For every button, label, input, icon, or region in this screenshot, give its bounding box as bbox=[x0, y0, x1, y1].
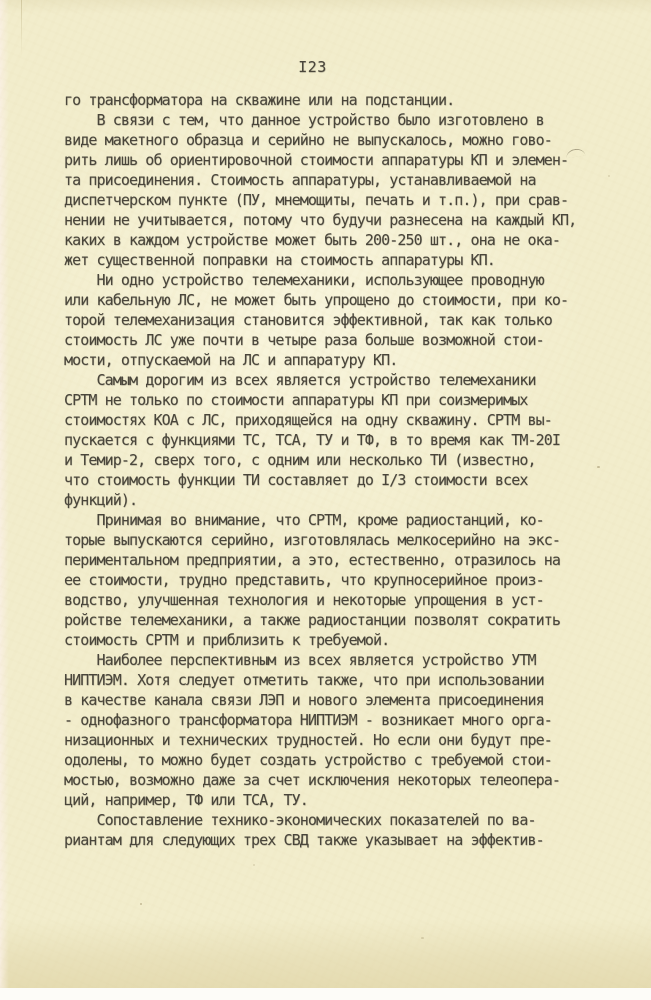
text-line: торой телемеханизация становится эффекти… bbox=[64, 310, 604, 330]
text-line: риантам для следующих трех СВД также ука… bbox=[64, 830, 604, 850]
scanned-page: I23 го трансформатора на скважине или на… bbox=[0, 0, 651, 988]
text-line: жет существенной поправки на стоимость а… bbox=[64, 250, 604, 270]
text-line: Принимая во внимание, что СРТМ, кроме ра… bbox=[64, 510, 604, 530]
scan-backdrop: I23 го трансформатора на скважине или на… bbox=[0, 0, 651, 1000]
text-line: Сопоставление технико-экономических пока… bbox=[64, 810, 604, 830]
text-line: периментальном предприятии, а это, естес… bbox=[64, 550, 604, 570]
text-line: в качестве канала связи ЛЭП и нового эле… bbox=[64, 690, 604, 710]
text-line: го трансформатора на скважине или на под… bbox=[64, 90, 604, 110]
text-line: или кабельную ЛС, не может быть упрощено… bbox=[64, 290, 604, 310]
text-line: Самым дорогим из всех является устройств… bbox=[64, 370, 604, 390]
paper-speck bbox=[421, 937, 424, 939]
text-line: каких в каждом устройстве может быть 200… bbox=[64, 230, 604, 250]
text-line: рить лишь об ориентировочной стоимости а… bbox=[64, 150, 604, 170]
text-line: Наиболее перспективным из всех является … bbox=[64, 650, 604, 670]
text-line: и Темир-2, сверх того, с одним или неско… bbox=[64, 450, 604, 470]
page-number: I23 bbox=[0, 58, 625, 76]
typewritten-text-block: го трансформатора на скважине или на под… bbox=[64, 90, 604, 850]
text-line: виде макетного образца и серийно не выпу… bbox=[64, 130, 604, 150]
text-line: водство, улучшенная технология и некотор… bbox=[64, 590, 604, 610]
text-line: диспетчерском пункте (ПУ, мнемощиты, печ… bbox=[64, 190, 604, 210]
text-line: нении не учитывается, потому что будучи … bbox=[64, 210, 604, 230]
text-line: что стоимость функции ТИ составляет до I… bbox=[64, 470, 604, 490]
text-line: НИПТИЭМ. Хотя следует отметить также, чт… bbox=[64, 670, 604, 690]
text-line: одолены, то можно будет создать устройст… bbox=[64, 750, 604, 770]
text-line: ций, например, ТФ или ТСА, ТУ. bbox=[64, 790, 604, 810]
text-line: та присоединения. Стоимость аппаратуры, … bbox=[64, 170, 604, 190]
text-line: пускается с функциями ТС, ТСА, ТУ и ТФ, … bbox=[64, 430, 604, 450]
text-line: мости, отпускаемой на ЛС и аппаратуру КП… bbox=[64, 350, 604, 370]
text-line: ее стоимости, трудно представить, что кр… bbox=[64, 570, 604, 590]
text-line: торые выпускаются серийно, изготовлялась… bbox=[64, 530, 604, 550]
paper-crease bbox=[21, 0, 22, 56]
text-line: стоимостях КОА с ЛС, приходящейся на одн… bbox=[64, 410, 604, 430]
text-line: стоимость СРТМ и приблизить к требуемой. bbox=[64, 630, 604, 650]
text-line: - однофазного трансформатора НИПТИЭМ - в… bbox=[64, 710, 604, 730]
text-line: низационных и технических трудностей. Но… bbox=[64, 730, 604, 750]
text-line: СРТМ не только по стоимости аппаратуры К… bbox=[64, 390, 604, 410]
paper-speck bbox=[608, 175, 610, 177]
text-line: Ни одно устройство телемеханики, использ… bbox=[64, 270, 604, 290]
text-line: ройстве телемеханики, а также радиостанц… bbox=[64, 610, 604, 630]
text-line: В связи с тем, что данное устройство был… bbox=[64, 110, 604, 130]
text-line: стоимость ЛС уже почти в четыре раза бол… bbox=[64, 330, 604, 350]
paper-speck bbox=[140, 903, 142, 905]
text-line: функций). bbox=[64, 490, 604, 510]
scan-edge-strip bbox=[0, 988, 651, 1000]
paper-speck bbox=[253, 864, 255, 866]
text-line: мостью, возможно даже за счет исключения… bbox=[64, 770, 604, 790]
